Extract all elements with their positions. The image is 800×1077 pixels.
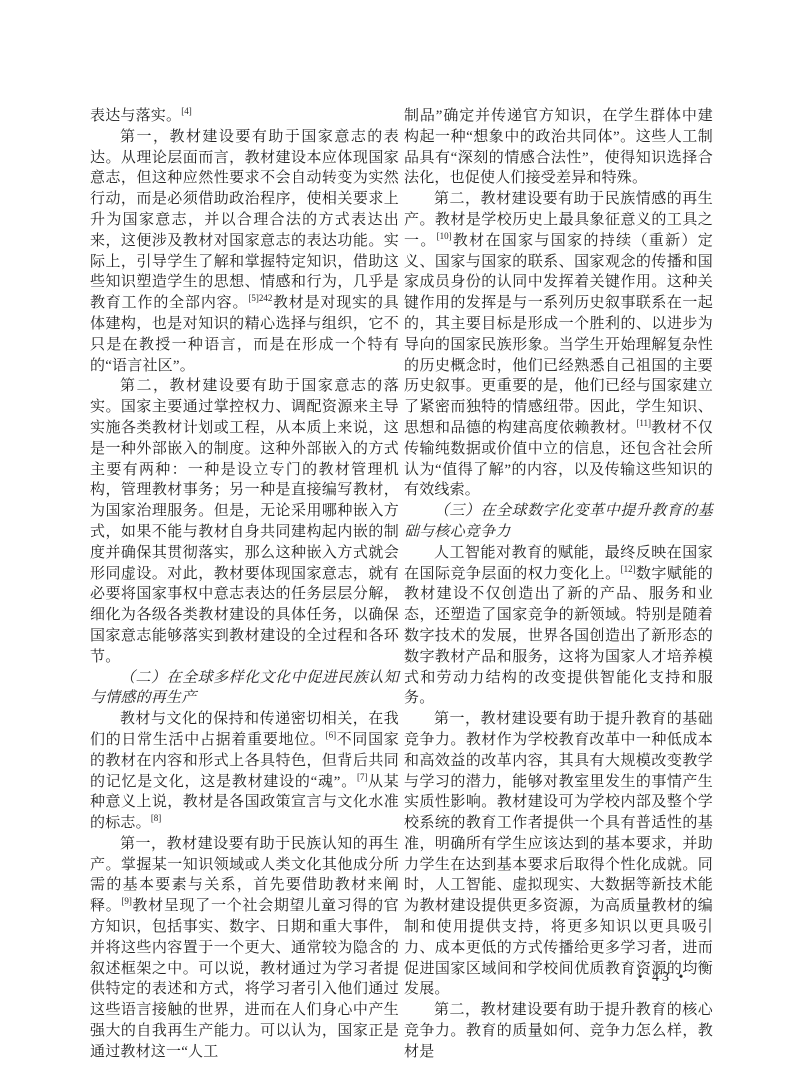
text-run: 数字赋能的教材建设不仅创造出了新的产品、服务和业态，还塑造了国家竞争的新领域。特… xyxy=(404,566,713,707)
body-paragraph: 制品”确定并传递官方知识，在学生群体中建构起一种“想象中的政治共同体”。这些人工… xyxy=(404,106,713,189)
text-run: 制品”确定并传递官方知识，在学生群体中建构起一种“想象中的政治共同体”。这些人工… xyxy=(404,108,713,186)
text-column-right: 制品”确定并传递官方知识，在学生群体中建构起一种“想象中的政治共同体”。这些人工… xyxy=(404,106,713,1063)
text-column-left: 表达与落实。[4]第一，教材建设要有助于国家意志的表达。从理论层面而言，教材建设… xyxy=(90,106,399,1063)
text-run: 教材在国家与国家的持续（重新）定义、国家与国家的联系、国家观念的传播和国家成员身… xyxy=(404,233,713,436)
body-paragraph: 第二，教材建设要有助于国家意志的落实。国家主要通过掌控权力、调配资源来主导实施各… xyxy=(90,376,399,667)
citation-marker: [8] xyxy=(151,813,162,823)
citation-marker: [6] xyxy=(326,730,337,740)
citation-marker: [4] xyxy=(181,106,192,116)
citation-marker: [12] xyxy=(621,564,636,574)
text-run: 第一，教材建设要有助于提升教育的基础竞争力。教材作为学校教育改革中一种低成本和高… xyxy=(404,711,713,997)
text-run: 表达与落实。 xyxy=(90,108,181,124)
citation-marker: [10] xyxy=(437,231,452,241)
section-heading: （二）在全球多样化文化中促进民族认知与情感的再生产 xyxy=(90,668,399,710)
body-paragraph: 表达与落实。[4] xyxy=(90,106,399,127)
section-heading: （三）在全球数字化变革中提升教育的基础与核心竞争力 xyxy=(404,501,713,543)
citation-marker: [7] xyxy=(357,772,368,782)
text-run: （二）在全球多样化文化中促进民族认知与情感的再生产 xyxy=(90,670,399,707)
document-page: 表达与落实。[4]第一，教材建设要有助于国家意志的表达。从理论层面而言，教材建设… xyxy=(0,0,800,1077)
page-number: • 43 • xyxy=(607,970,717,986)
text-run: 第二，教材建设要有助于提升教育的核心竞争力。教育的质量如何、竞争力怎么样，教材是 xyxy=(404,1002,713,1060)
citation-marker: [5]242 xyxy=(248,293,272,303)
body-paragraph: 第一，教材建设要有助于民族认知的再生产。掌握某一知识领域或人类文化其他成分所需的… xyxy=(90,834,399,1063)
body-paragraph: 人工智能对教育的赋能，最终反映在国家在国际竞争层面的权力变化上。[12]数字赋能… xyxy=(404,543,713,709)
text-run: （三）在全球数字化变革中提升教育的基础与核心竞争力 xyxy=(404,503,713,540)
text-run: 第二，教材建设要有助于国家意志的落实。国家主要通过掌控权力、调配资源来主导实施各… xyxy=(90,378,399,664)
body-paragraph: 第一，教材建设要有助于国家意志的表达。从理论层面而言，教材建设本应体现国家意志，… xyxy=(90,127,399,377)
body-paragraph: 教材与文化的保持和传递密切相关，在我们的日常生活中占据着重要地位。[6]不同国家… xyxy=(90,709,399,834)
citation-marker: [9] xyxy=(121,896,132,906)
body-paragraph: 第二，教材建设要有助于民族情感的再生产。教材是学校历史上最具象征意义的工具之一。… xyxy=(404,189,713,501)
citation-marker: [11] xyxy=(636,418,651,428)
text-run: 第一，教材建设要有助于国家意志的表达。从理论层面而言，教材建设本应体现国家意志，… xyxy=(90,129,399,311)
text-run: 教材呈现了一个社会期望儿童习得的官方知识，包括事实、数字、日期和重大事件，并将这… xyxy=(90,898,399,1060)
body-paragraph: 第二，教材建设要有助于提升教育的核心竞争力。教育的质量如何、竞争力怎么样，教材是 xyxy=(404,1000,713,1062)
body-paragraph: 第一，教材建设要有助于提升教育的基础竞争力。教材作为学校教育改革中一种低成本和高… xyxy=(404,709,713,1000)
